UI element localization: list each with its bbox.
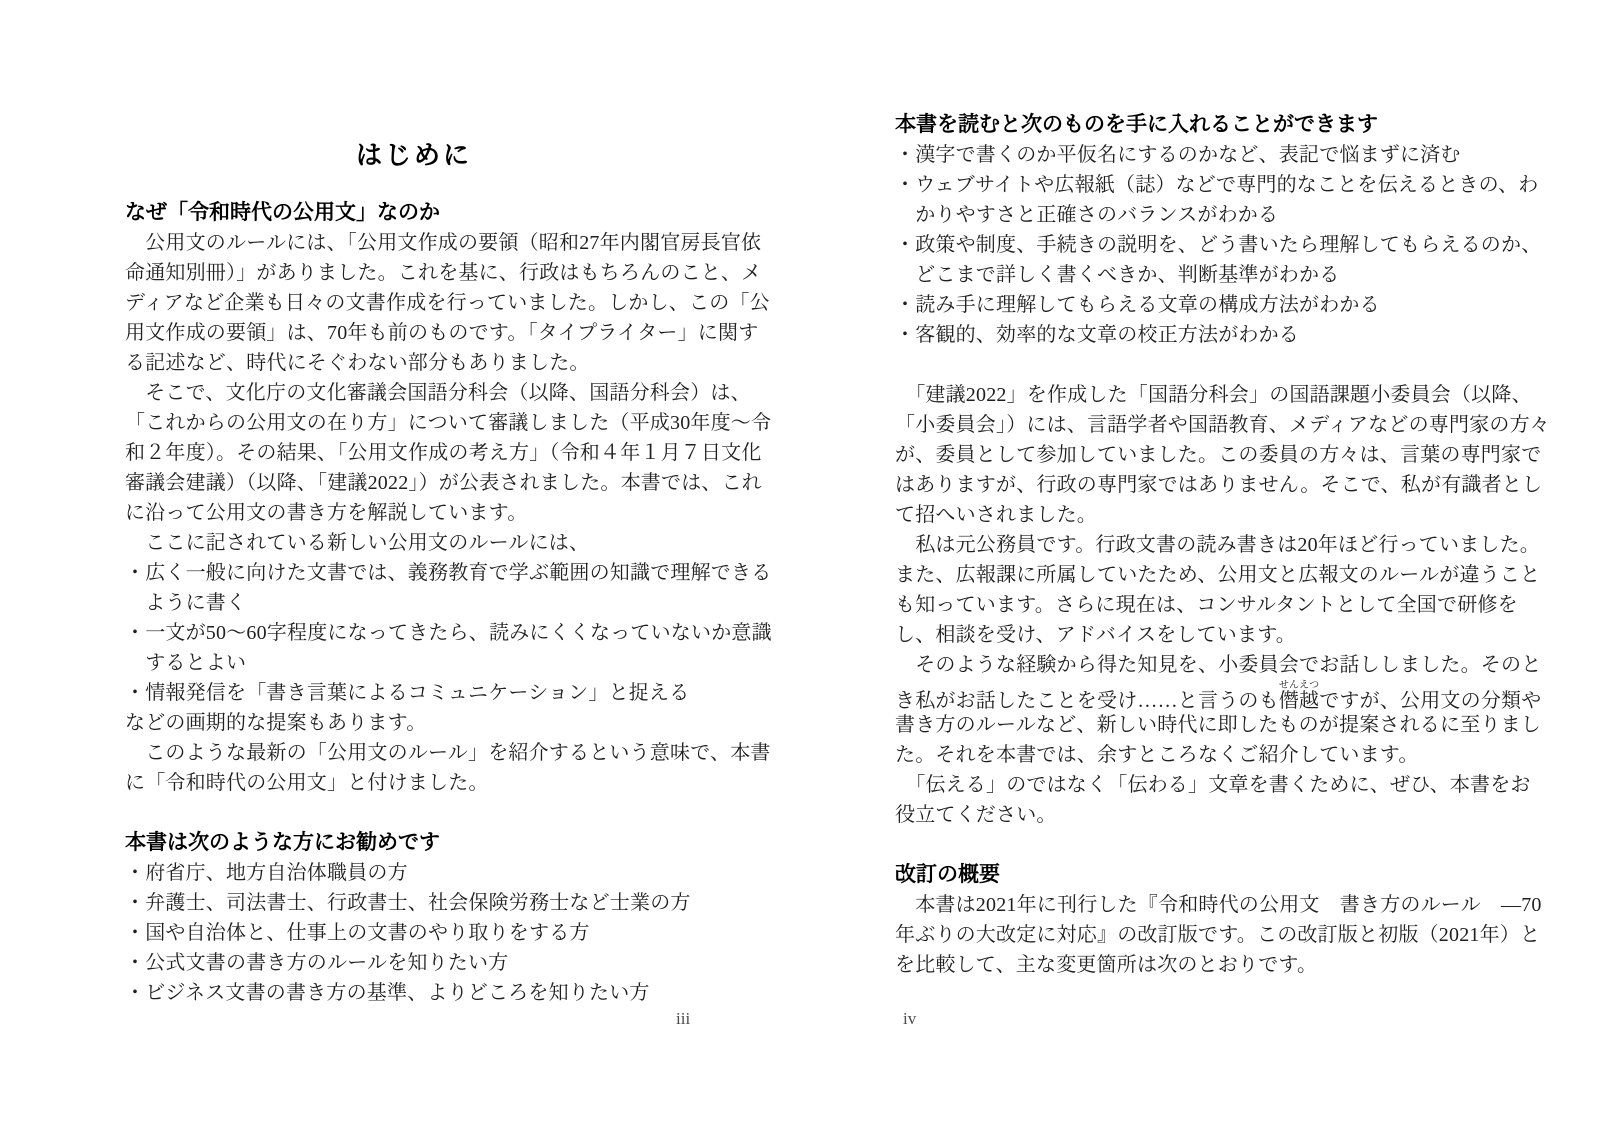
page-number-left: iii (676, 1008, 690, 1030)
text-line: 「伝える」のではなく「伝わる」文章を書くために、ぜひ、本書をお (895, 770, 1473, 800)
page-number-right: iv (903, 1008, 916, 1030)
text-line: などの画期的な提案もあります。 (125, 708, 703, 738)
text-line: ・公式文書の書き方のルールを知りたい方 (125, 948, 703, 978)
blank-line (895, 830, 1473, 860)
text-line: ・国や自治体と、仕事上の文書のやり取りをする方 (125, 918, 703, 948)
text-line: も知っています。さらに現在は、コンサルタントとして全国で研修を (895, 590, 1473, 620)
text-line: ・弁護士、司法書士、行政書士、社会保険労務士など士業の方 (125, 888, 703, 918)
text-line: 本書は2021年に刊行した『令和時代の公用文 書き方のルール ―70 (895, 890, 1473, 920)
text-line: ・府省庁、地方自治体職員の方 (125, 858, 703, 888)
left-page-body: なぜ「令和時代の公用文」なのか 公用文のルールには、「公用文作成の要領（昭和27… (125, 198, 703, 1008)
section-heading: 改訂の概要 (895, 860, 1473, 890)
text-line: 公用文のルールには、「公用文作成の要領（昭和27年内閣官房長官依 (125, 228, 703, 258)
text-line: 審議会建議）（以降、「建議2022」）が公表されました。本書では、これ (125, 468, 703, 498)
text-line: ディアなど企業も日々の文書作成を行っていました。しかし、この「公 (125, 288, 703, 318)
text-line: が、委員として参加していました。この委員の方々は、言葉の専門家で (895, 440, 1473, 470)
text-line: し、相談を受け、アドバイスをしています。 (895, 620, 1473, 650)
text-line: ・ウェブサイトや広報紙（誌）などで専門的なことを伝えるときの、わ (895, 170, 1473, 200)
text-line: に「令和時代の公用文」と付けました。 (125, 768, 703, 798)
furigana-ruby: 僭越せんえつ (1279, 690, 1319, 712)
text-line: を比較して、主な変更箇所は次のとおりです。 (895, 950, 1473, 980)
text-line: このような最新の「公用文のルール」を紹介するという意味で、本書 (125, 738, 703, 768)
text-line: するとよい (125, 648, 703, 678)
text-line: 「小委員会」）には、言語学者や国語教育、メディアなどの専門家の方々 (895, 410, 1473, 440)
text-line: 用文作成の要領」は、70年も前のものです。「タイプライター」に関す (125, 318, 703, 348)
text-line: に沿って公用文の書き方を解説しています。 (125, 498, 703, 528)
text-line: また、広報課に所属していたため、公用文と広報文のルールが違うこと (895, 560, 1473, 590)
text-line: ここに記されている新しい公用文のルールには、 (125, 528, 703, 558)
text-line: て招へいされました。 (895, 500, 1473, 530)
page-right: 本書を読むと次のものを手に入れることができます・漢字で書くのか平仮名にするのかな… (895, 110, 1473, 980)
text-line: ・情報発信を「書き言葉によるコミュニケーション」と捉える (125, 678, 703, 708)
text-line: そのような経験から得た知見を、小委員会でお話ししました。そのと (895, 650, 1473, 680)
text-line: 役立てください。 (895, 800, 1473, 830)
text-line: 「建議2022」を作成した「国語分科会」の国語課題小委員会（以降、 (895, 380, 1473, 410)
text-line: 書き方のルールなど、新しい時代に即したものが提案されるに至りまし (895, 710, 1473, 740)
title-gap (125, 170, 703, 198)
text-line: ・漢字で書くのか平仮名にするのかなど、表記で悩まずに済む (895, 140, 1473, 170)
text-line: ・広く一般に向けた文書では、義務教育で学ぶ範囲の知識で理解できる (125, 558, 703, 588)
text-line: 「これからの公用文の在り方」について審議しました（平成30年度～令 (125, 408, 703, 438)
text-line: た。それを本書では、余すところなくご紹介しています。 (895, 740, 1473, 770)
text-line: ・ビジネス文書の書き方の基準、よりどころを知りたい方 (125, 978, 703, 1008)
section-heading: 本書を読むと次のものを手に入れることができます (895, 110, 1473, 140)
blank-line (125, 798, 703, 828)
page-left: はじめに なぜ「令和時代の公用文」なのか 公用文のルールには、「公用文作成の要領… (125, 140, 703, 1008)
chapter-title: はじめに (125, 140, 703, 170)
text-line: 年ぶりの大改定に対応』の改訂版です。この改訂版と初版（2021年）と (895, 920, 1473, 950)
section-heading: なぜ「令和時代の公用文」なのか (125, 198, 703, 228)
text-line: ・読み手に理解してもらえる文章の構成方法がわかる (895, 290, 1473, 320)
blank-line (895, 350, 1473, 380)
text-line: ように書く (125, 588, 703, 618)
text-line: 私は元公務員です。行政文書の読み書きは20年ほど行っていました。 (895, 530, 1473, 560)
text-line: 命通知別冊）」がありました。これを基に、行政はもちろんのこと、メ (125, 258, 703, 288)
text-line: ・政策や制度、手続きの説明を、どう書いたら理解してもらえるのか、 (895, 230, 1473, 260)
section-heading: 本書は次のような方にお勧めです (125, 828, 703, 858)
text-line: かりやすさと正確さのバランスがわかる (895, 200, 1473, 230)
text-line-with-furigana: き私がお話したことを受け……と言うのも僭越せんえつですが、公用文の分類や (895, 680, 1473, 710)
text-line: そこで、文化庁の文化審議会国語分科会（以降、国語分科会）は、 (125, 378, 703, 408)
text-line: はありますが、行政の専門家ではありません。そこで、私が有識者とし (895, 470, 1473, 500)
text-line: 和２年度）。その結果、「公用文作成の考え方」（令和４年１月７日文化 (125, 438, 703, 468)
text-line: る記述など、時代にそぐわない部分もありました。 (125, 348, 703, 378)
right-page-body: 本書を読むと次のものを手に入れることができます・漢字で書くのか平仮名にするのかな… (895, 110, 1473, 980)
text-line: ・客観的、効率的な文章の校正方法がわかる (895, 320, 1473, 350)
text-line: ・一文が50～60字程度になってきたら、読みにくくなっていないか意識 (125, 618, 703, 648)
book-spread: はじめに なぜ「令和時代の公用文」なのか 公用文のルールには、「公用文作成の要領… (0, 0, 1600, 1130)
text-line: どこまで詳しく書くべきか、判断基準がわかる (895, 260, 1473, 290)
